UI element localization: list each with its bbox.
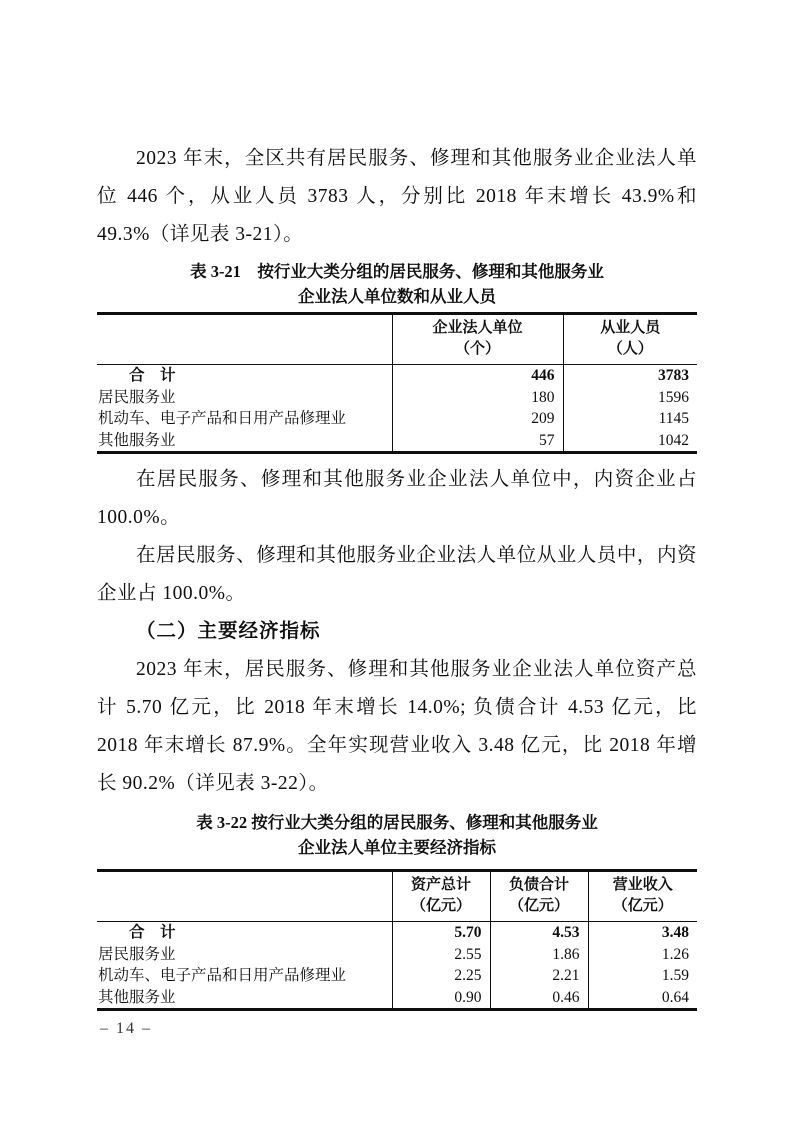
page-content: 2023 年末，全区共有居民服务、修理和其他服务业企业法人单位 446 个，从业…	[97, 0, 697, 1011]
cell-value: 209	[392, 408, 563, 430]
column-header-liabilities: 负债合计 （亿元）	[490, 871, 588, 922]
column-header-label: 营业收入	[589, 875, 698, 896]
cell-value: 1.86	[490, 944, 588, 966]
cell-value: 57	[392, 430, 563, 453]
column-header-unit: （亿元）	[589, 896, 698, 917]
table-header-row: 资产总计 （亿元） 负债合计 （亿元） 营业收入 （亿元）	[97, 871, 697, 922]
table-row: 居民服务业 180 1596	[97, 387, 697, 409]
table-3-21: 企业法人单位 （个） 从业人员 （人） 合 计 446 3783 居民服务业	[97, 312, 697, 454]
table-3-21-title-line1: 表 3-21 按行业大类分组的居民服务、修理和其他服务业	[97, 259, 697, 284]
table-3-22-title-line1: 表 3-22 按行业大类分组的居民服务、修理和其他服务业	[97, 810, 697, 835]
table-row-total: 合 计 446 3783	[97, 365, 697, 387]
cell-value: 1042	[563, 430, 697, 453]
table-3-21-title-line2: 企业法人单位数和从业人员	[97, 284, 697, 309]
table-row: 机动车、电子产品和日用产品修理业 2.25 2.21 1.59	[97, 965, 697, 987]
cell-value: 0.90	[392, 987, 490, 1010]
row-label: 其他服务业	[97, 430, 392, 453]
table-row: 其他服务业 57 1042	[97, 430, 697, 453]
column-header-label: 负债合计	[491, 875, 588, 896]
column-header-assets: 资产总计 （亿元）	[392, 871, 490, 922]
table-header-row: 企业法人单位 （个） 从业人员 （人）	[97, 314, 697, 365]
cell-value: 1596	[563, 387, 697, 409]
paragraph-economic: 2023 年末，居民服务、修理和其他服务业企业法人单位资产总计 5.70 亿元，…	[97, 651, 697, 803]
table-3-21-title: 表 3-21 按行业大类分组的居民服务、修理和其他服务业 企业法人单位数和从业人…	[97, 259, 697, 309]
stub-header	[97, 871, 392, 922]
row-label: 居民服务业	[97, 387, 392, 409]
row-label: 居民服务业	[97, 944, 392, 966]
table-3-22-title: 表 3-22 按行业大类分组的居民服务、修理和其他服务业 企业法人单位主要经济指…	[97, 810, 697, 860]
cell-value: 0.46	[490, 987, 588, 1010]
cell-value: 3.48	[588, 922, 697, 944]
cell-value: 0.64	[588, 987, 697, 1010]
column-header-revenue: 营业收入 （亿元）	[588, 871, 697, 922]
stub-header	[97, 314, 392, 365]
column-header-employees: 从业人员 （人）	[563, 314, 697, 365]
cell-value: 2.25	[392, 965, 490, 987]
table-row-total: 合 计 5.70 4.53 3.48	[97, 922, 697, 944]
table-3-22: 资产总计 （亿元） 负债合计 （亿元） 营业收入 （亿元） 合 计	[97, 869, 697, 1011]
cell-value: 2.21	[490, 965, 588, 987]
column-header-label: 从业人员	[564, 318, 698, 339]
cell-value: 4.53	[490, 922, 588, 944]
row-label: 合 计	[97, 365, 392, 387]
cell-value: 1.59	[588, 965, 697, 987]
table-3-22-title-line2: 企业法人单位主要经济指标	[97, 835, 697, 860]
cell-value: 446	[392, 365, 563, 387]
paragraph-domestic-units: 在居民服务、修理和其他服务业企业法人单位中，内资企业占 100.0%。	[97, 461, 697, 537]
table-row: 其他服务业 0.90 0.46 0.64	[97, 987, 697, 1010]
row-label: 合 计	[97, 922, 392, 944]
cell-value: 1145	[563, 408, 697, 430]
column-header-unit: （亿元）	[491, 896, 588, 917]
row-label: 其他服务业	[97, 987, 392, 1010]
column-header-unit: （人）	[564, 339, 698, 360]
row-label: 机动车、电子产品和日用产品修理业	[97, 408, 392, 430]
column-header-unit: （亿元）	[393, 896, 490, 917]
document-page: 2023 年末，全区共有居民服务、修理和其他服务业企业法人单位 446 个，从业…	[0, 0, 793, 1122]
table-row: 居民服务业 2.55 1.86 1.26	[97, 944, 697, 966]
column-header-units: 企业法人单位 （个）	[392, 314, 563, 365]
column-header-unit: （个）	[393, 339, 563, 360]
paragraph-overview: 2023 年末，全区共有居民服务、修理和其他服务业企业法人单位 446 个，从业…	[97, 140, 697, 254]
column-header-label: 企业法人单位	[393, 318, 563, 339]
paragraph-domestic-employees: 在居民服务、修理和其他服务业企业法人单位从业人员中，内资企业占 100.0%。	[97, 537, 697, 613]
cell-value: 1.26	[588, 944, 697, 966]
cell-value: 3783	[563, 365, 697, 387]
cell-value: 2.55	[392, 944, 490, 966]
column-header-label: 资产总计	[393, 875, 490, 896]
cell-value: 180	[392, 387, 563, 409]
section-heading: （二）主要经济指标	[97, 613, 697, 651]
row-label: 机动车、电子产品和日用产品修理业	[97, 965, 392, 987]
table-row: 机动车、电子产品和日用产品修理业 209 1145	[97, 408, 697, 430]
cell-value: 5.70	[392, 922, 490, 944]
page-number: – 14 –	[100, 1020, 152, 1038]
